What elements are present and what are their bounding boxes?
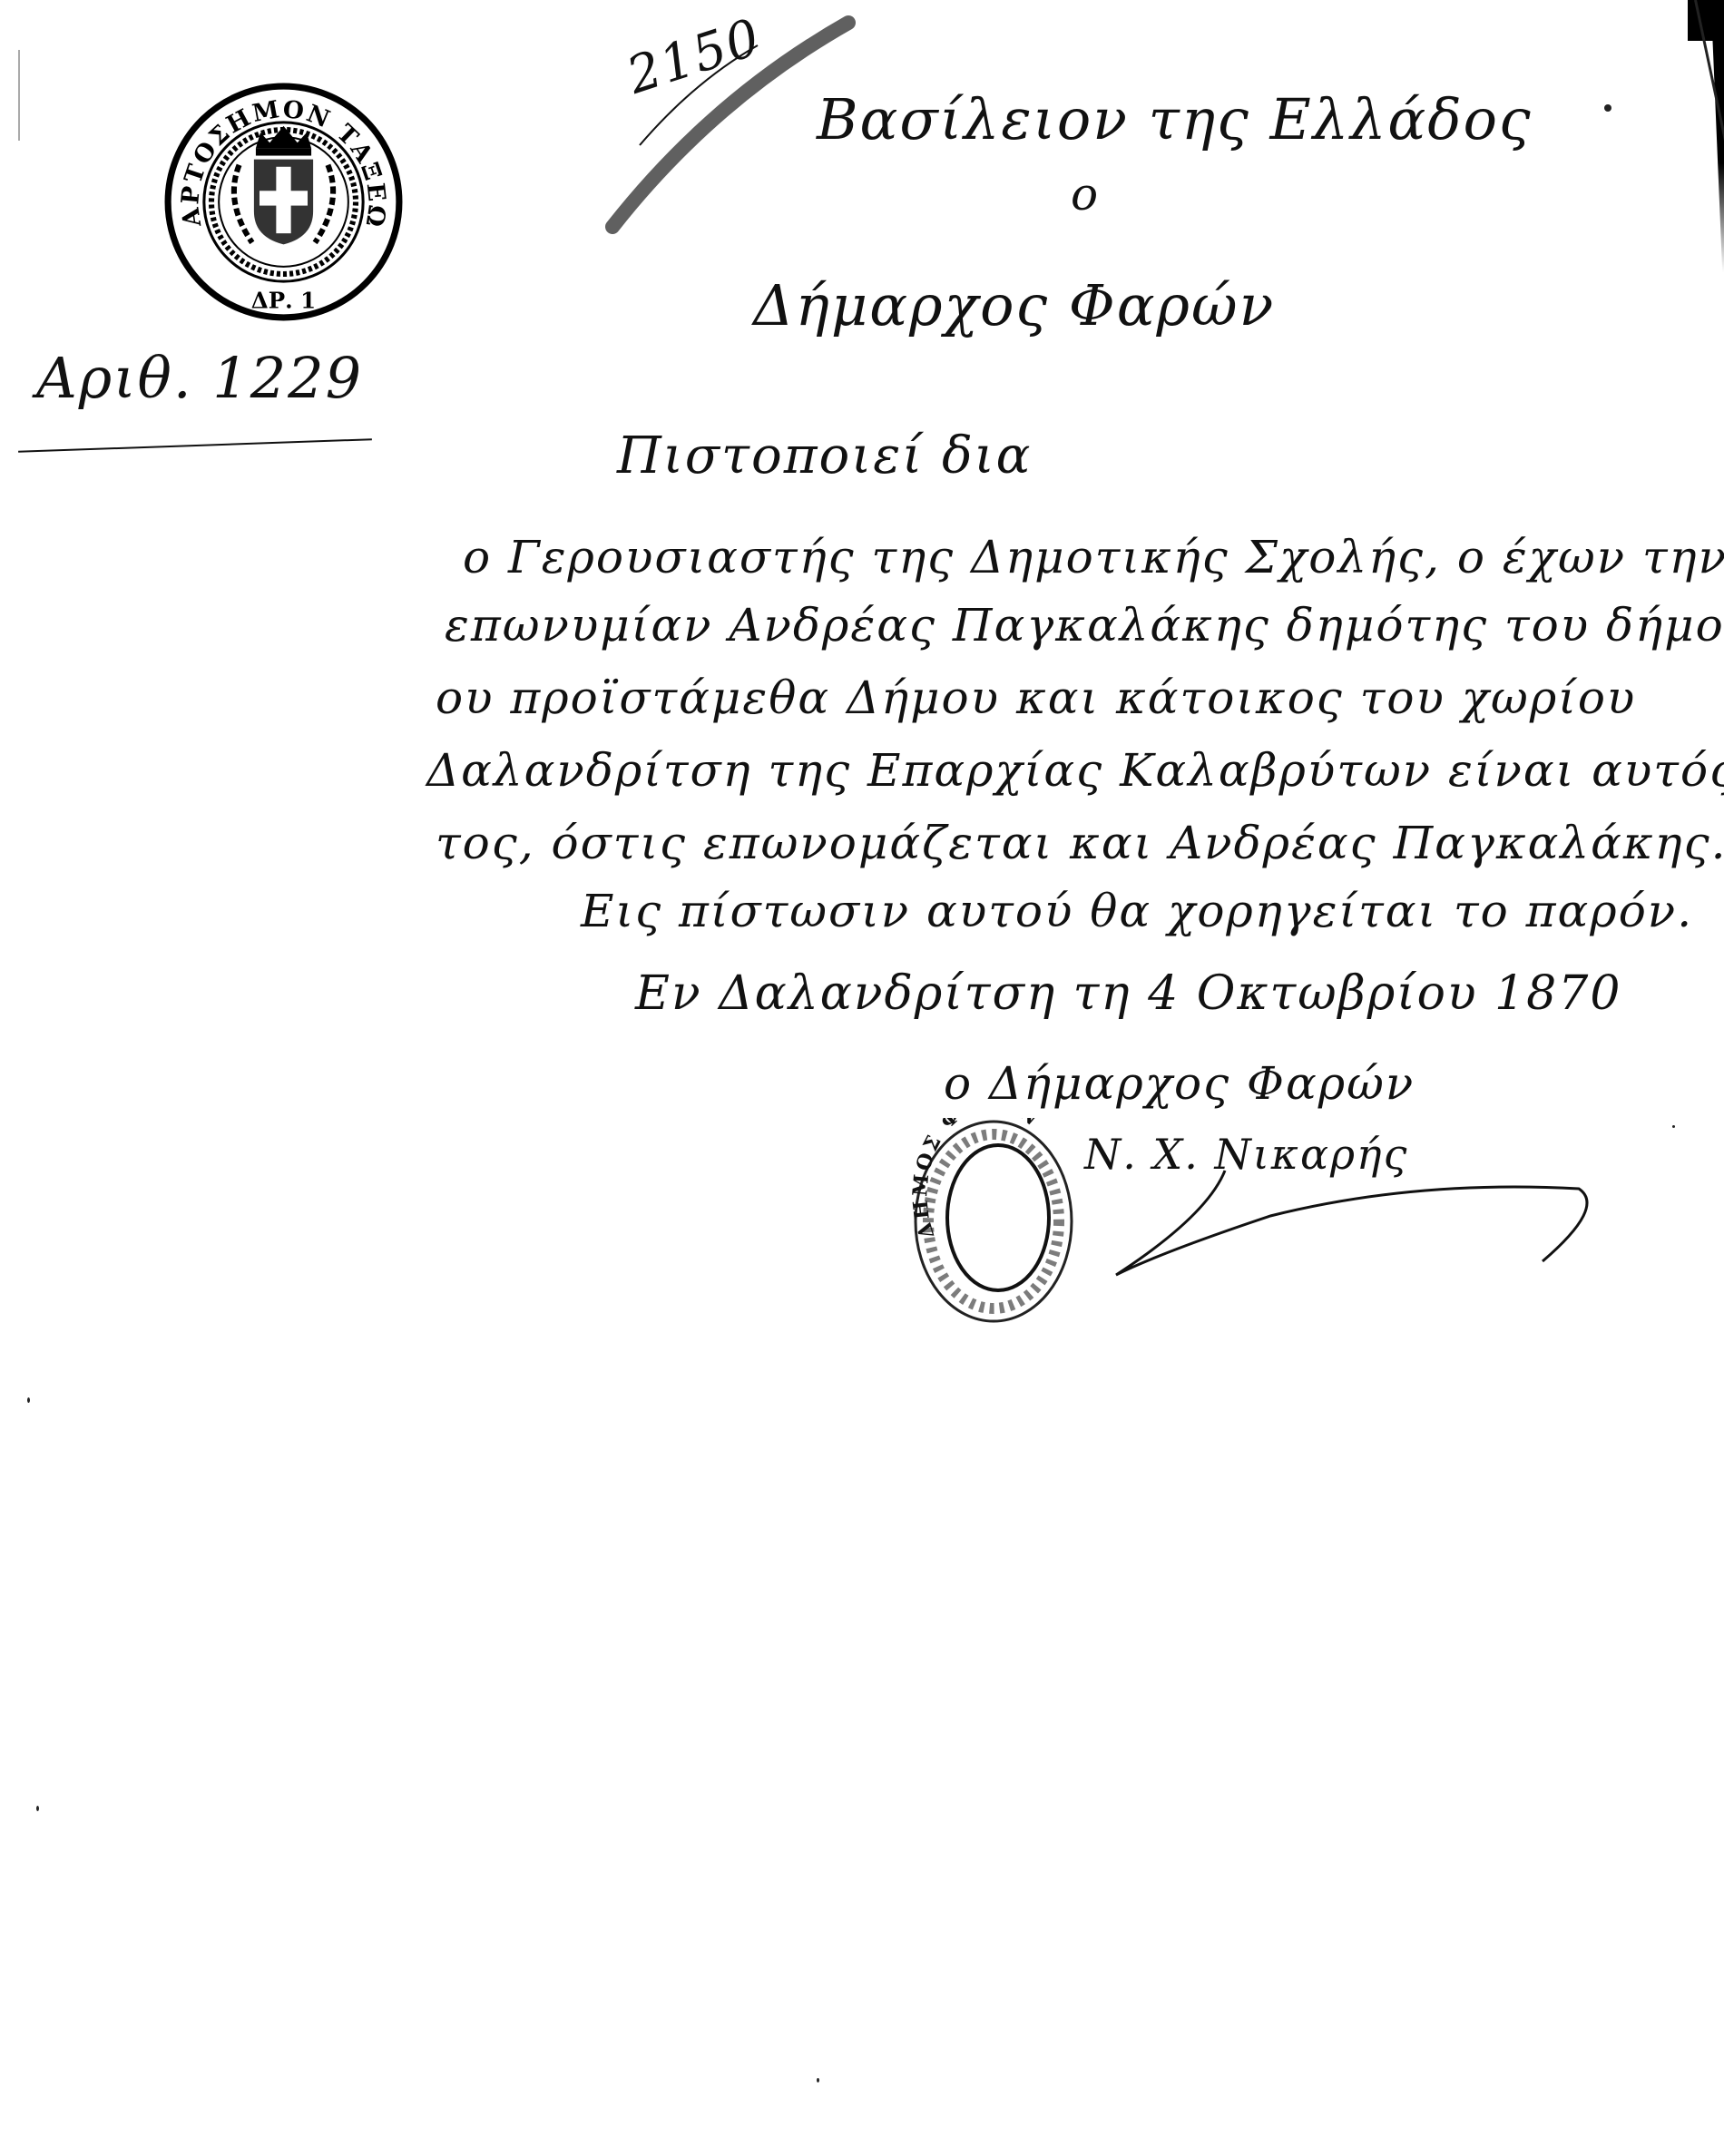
- dateline: Εν Δαλανδρίτση τη 4 Οκτωβρίου 1870: [635, 966, 1621, 1021]
- revenue-stamp-icon: ΧΑΡΤΟΣΗΜΟΝ ΤΑΞΕΩΣ ΔΡ. 1: [163, 82, 404, 322]
- municipal-seal: ΔΗΜΟΣ ΦΑΡΩΝ: [912, 1118, 1075, 1325]
- scan-speck: [27, 1397, 30, 1403]
- scan-speck: [1604, 104, 1611, 112]
- body-line-4: Δαλανδρίτση της Επαρχίας Καλαβρύτων είνα…: [426, 744, 1724, 797]
- body-line-6: Εις πίστωσιν αυτού θα χορηγείται το παρό…: [581, 885, 1693, 937]
- header-article: ο: [1071, 168, 1100, 220]
- body-line-3: ου προϊστάμεθα Δήμου και κάτοικος του χω…: [436, 671, 1636, 724]
- header-kingdom: Βασίλειον της Ελλάδος: [817, 86, 1533, 152]
- margin-note-number: Αριθ. 1229: [36, 345, 363, 411]
- svg-text:ΔΗΜΟΣ ΦΑΡΩΝ: ΔΗΜΟΣ ΦΑΡΩΝ: [912, 1118, 1045, 1241]
- svg-text:ΔΡ. 1: ΔΡ. 1: [251, 288, 316, 314]
- body-line-1: ο Γερουσιαστής της Δημοτικής Σχολής, ο έ…: [463, 531, 1724, 583]
- scan-edge-strip: [1708, 0, 1724, 272]
- signature-title: ο Δήμαρχος Φαρών: [944, 1057, 1415, 1110]
- body-line-5: τος, όστις επωνομάζεται και Ανδρέας Παγκ…: [436, 817, 1724, 869]
- scan-speck: [36, 1806, 39, 1811]
- revenue-stamp: ΧΑΡΤΟΣΗΜΟΝ ΤΑΞΕΩΣ ΔΡ. 1: [163, 82, 404, 322]
- salutation: Πιστοποιεί δια: [617, 426, 1033, 485]
- header-mayor-title: Δήμαρχος Φαρών: [753, 272, 1275, 338]
- scanned-document-page: ΧΑΡΤΟΣΗΜΟΝ ΤΑΞΕΩΣ ΔΡ. 1 Αριθ. 1229 2150 …: [0, 0, 1724, 2156]
- margin-note-underline: [18, 438, 372, 453]
- scan-speck: [817, 2078, 819, 2082]
- signature-flourish: [1089, 1161, 1606, 1279]
- scan-margin-mark: [18, 50, 20, 141]
- body-line-2: επωνυμίαν Ανδρέας Παγκαλάκης δημότης του…: [445, 599, 1724, 652]
- scan-speck: [1672, 1125, 1675, 1128]
